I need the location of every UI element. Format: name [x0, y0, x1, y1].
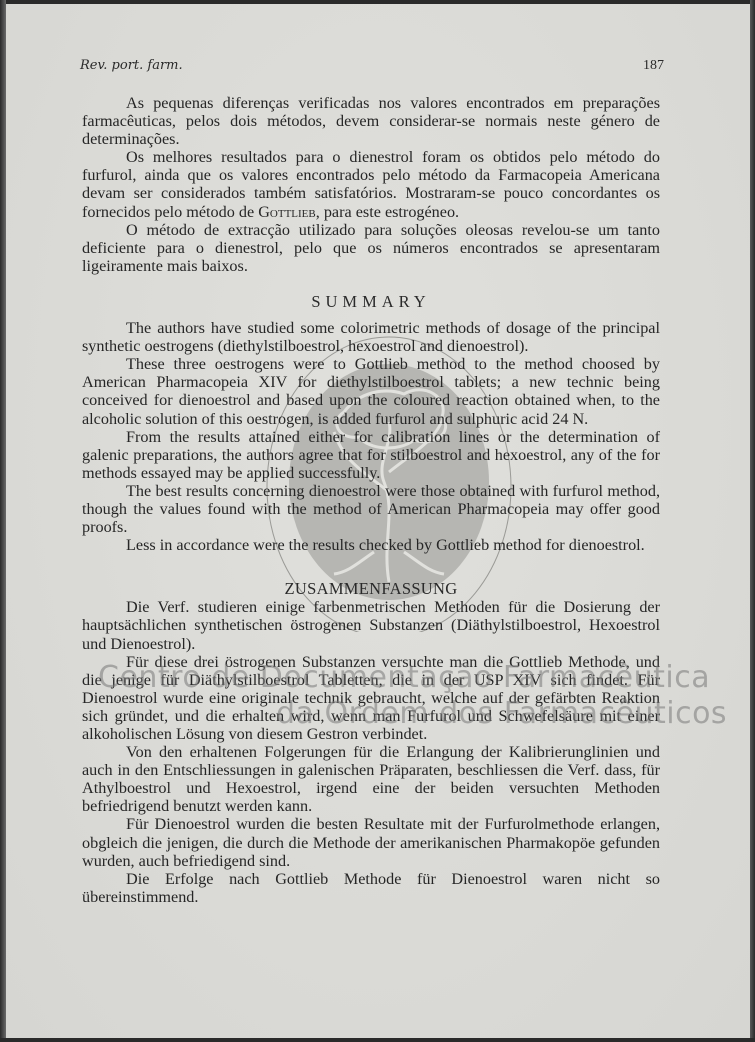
- page-number: 187: [643, 58, 664, 74]
- scan-border-bottom: [0, 1038, 755, 1042]
- paragraph-pt-3: O método de extracção utilizado para sol…: [82, 221, 660, 275]
- summary-paragraph-5: Less in accordance were the results chec…: [82, 536, 660, 554]
- zusammenfassung-paragraph-4: Für Dienoestrol wurden die besten Result…: [82, 815, 660, 869]
- running-head: Rev. port. farm.: [80, 58, 183, 73]
- zusammenfassung-paragraph-1: Die Verf. studieren einige farbenmetrisc…: [82, 598, 660, 652]
- paragraph-pt-2: Os melhores resultados para o dienestrol…: [82, 148, 660, 220]
- page-header: Rev. port. farm. 187: [80, 58, 664, 74]
- paragraph-pt-2-end: , para este estrogéneo.: [316, 203, 459, 221]
- zusammenfassung-paragraph-2: Für diese drei östrogenen Substanzen ver…: [82, 653, 660, 743]
- page-right-edge: [750, 0, 755, 1042]
- zusammenfassung-paragraph-3: Von den erhaltenen Folgerungen für die E…: [82, 743, 660, 815]
- paragraph-pt-1: As pequenas diferenças verificadas nos v…: [82, 94, 660, 148]
- author-name-smallcaps: Gottlieb: [258, 203, 316, 221]
- summary-paragraph-1: The authors have studied some colorimetr…: [82, 319, 660, 355]
- summary-paragraph-3: From the results attained either for cal…: [82, 428, 660, 482]
- zusammenfassung-paragraph-5: Die Erfolge nach Gottlieb Methode für Di…: [82, 870, 660, 906]
- zusammenfassung-heading: ZUSAMMENFASSUNG: [82, 580, 660, 598]
- document-page: Rev. port. farm. 187 As pequenas diferen…: [6, 4, 750, 1038]
- article-body: As pequenas diferenças verificadas nos v…: [82, 94, 660, 906]
- summary-paragraph-2: These three oestrogens were to Gottlieb …: [82, 355, 660, 427]
- summary-paragraph-4: The best results concerning dienoestrol …: [82, 482, 660, 536]
- summary-heading: SUMMARY: [82, 293, 660, 311]
